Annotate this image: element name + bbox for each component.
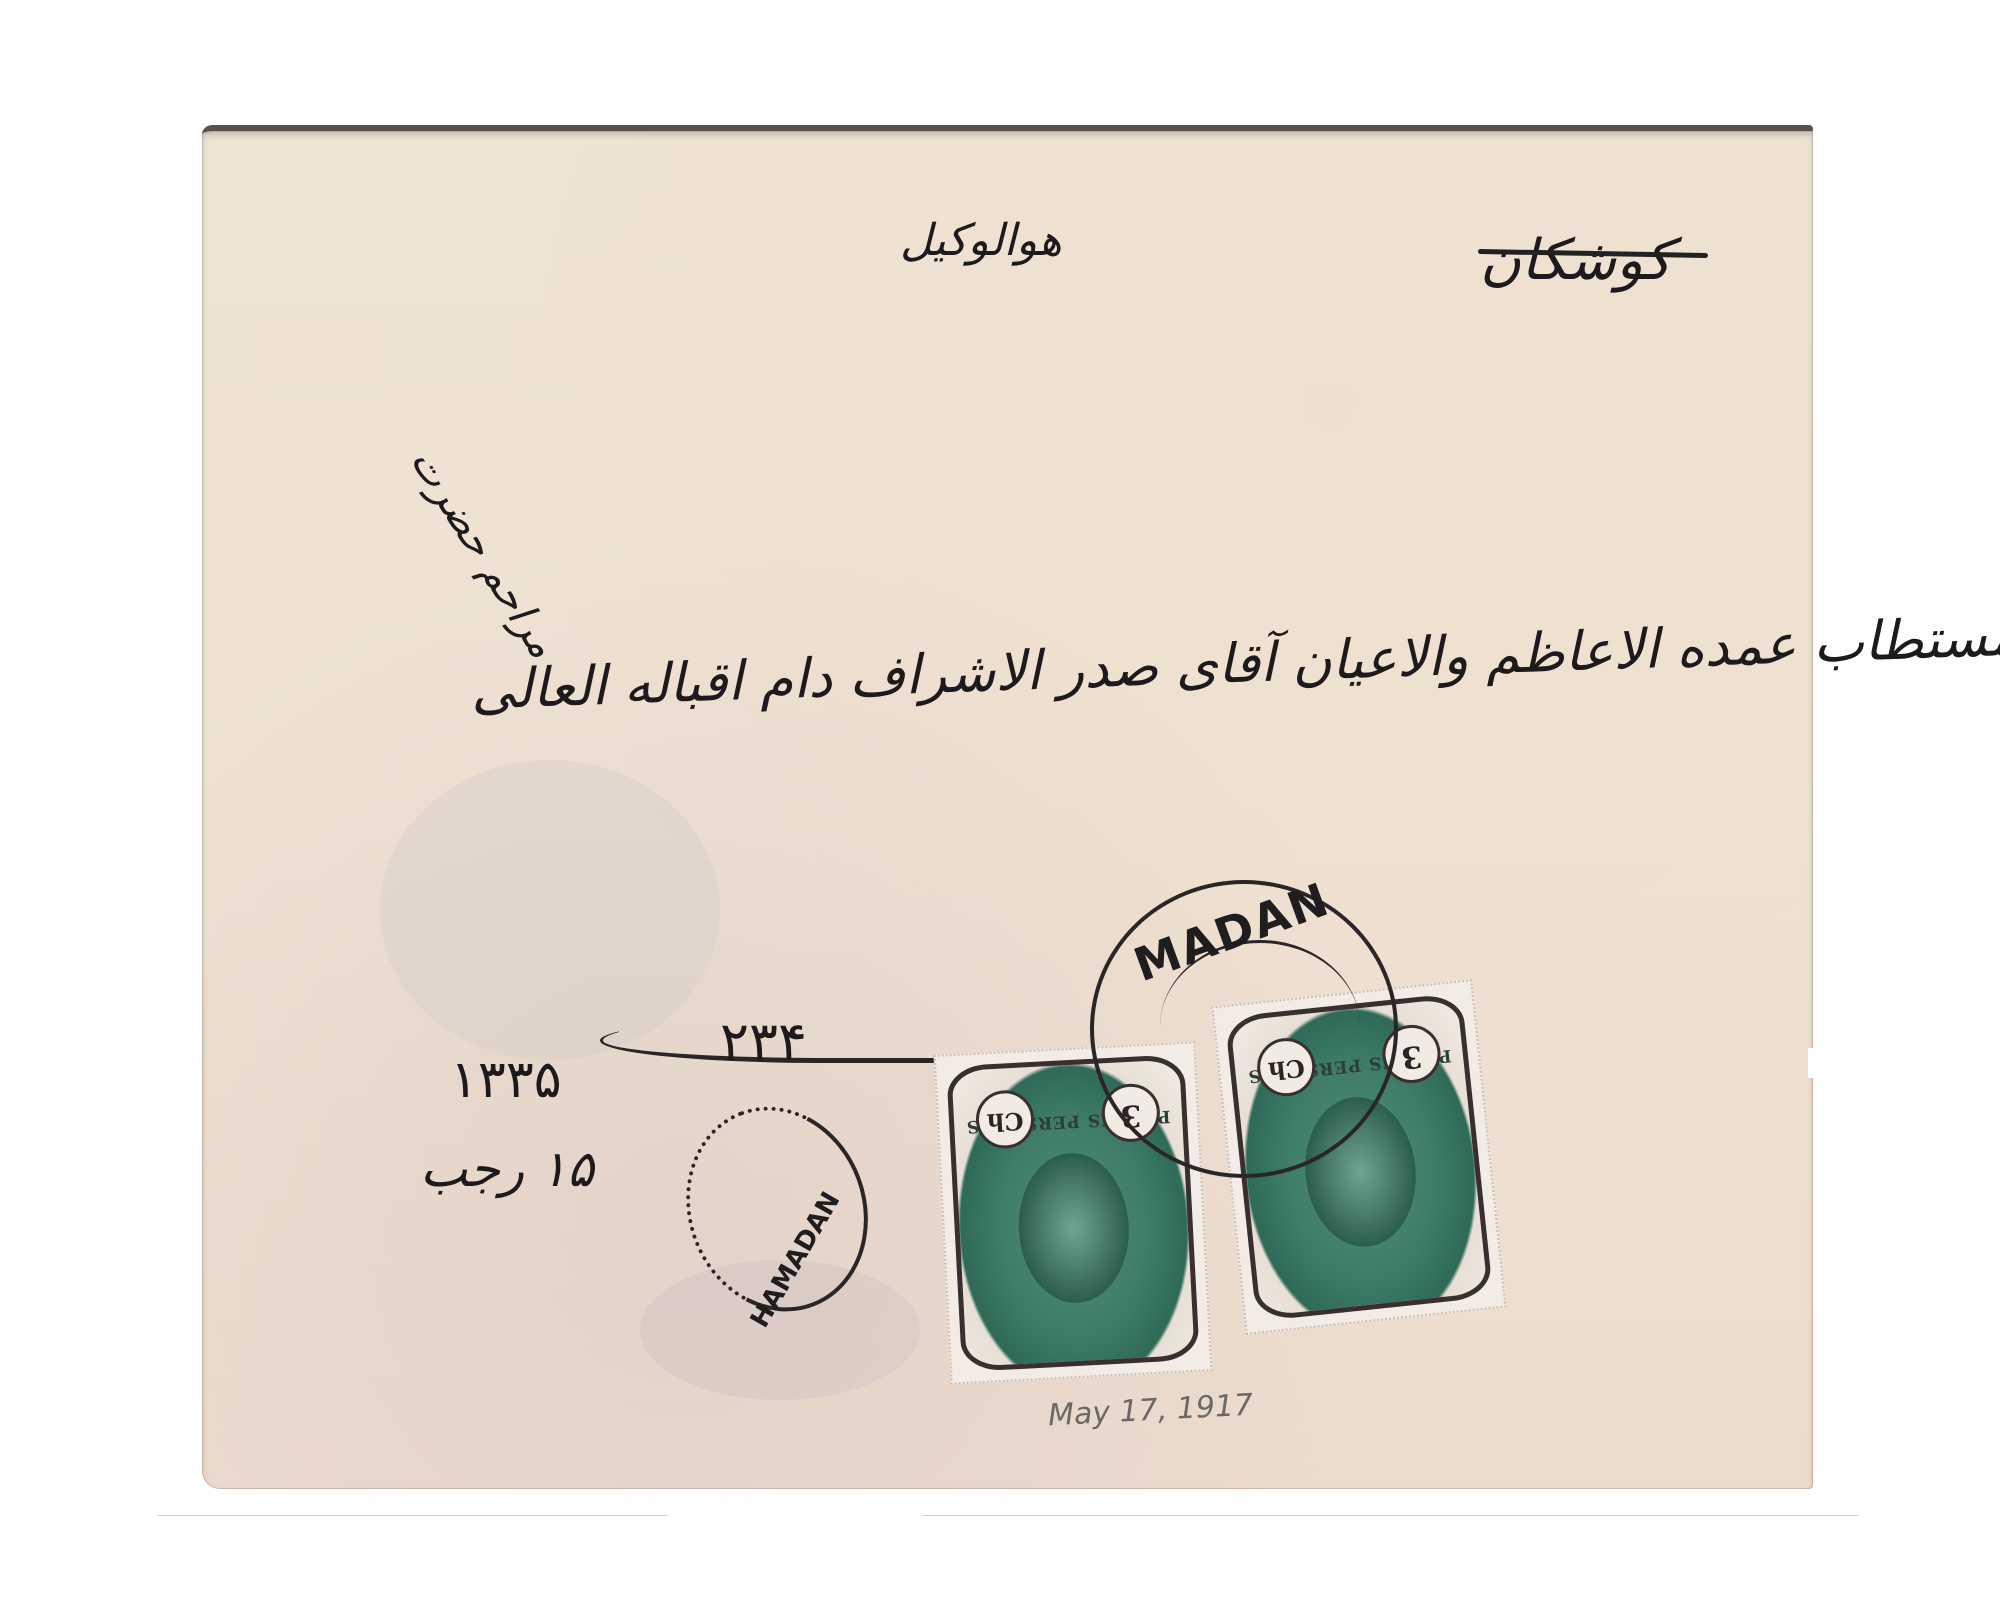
stamp-currency: Ch	[975, 1089, 1036, 1150]
handwriting-number: ۲۳۴	[720, 1010, 807, 1073]
handwriting-top-right: کوشکان	[1480, 228, 1672, 293]
envelope-tear-notch	[1808, 1048, 1818, 1078]
scan-edge-line	[158, 1515, 1858, 1516]
portrait-icon	[1015, 1150, 1133, 1306]
handwriting-top-center: هوالوکیل	[900, 215, 1062, 266]
handwriting-date: ۱۵ رجب	[420, 1140, 594, 1198]
handwriting-year: ۱۳۳۵	[450, 1050, 562, 1110]
faded-stain	[380, 760, 720, 1060]
